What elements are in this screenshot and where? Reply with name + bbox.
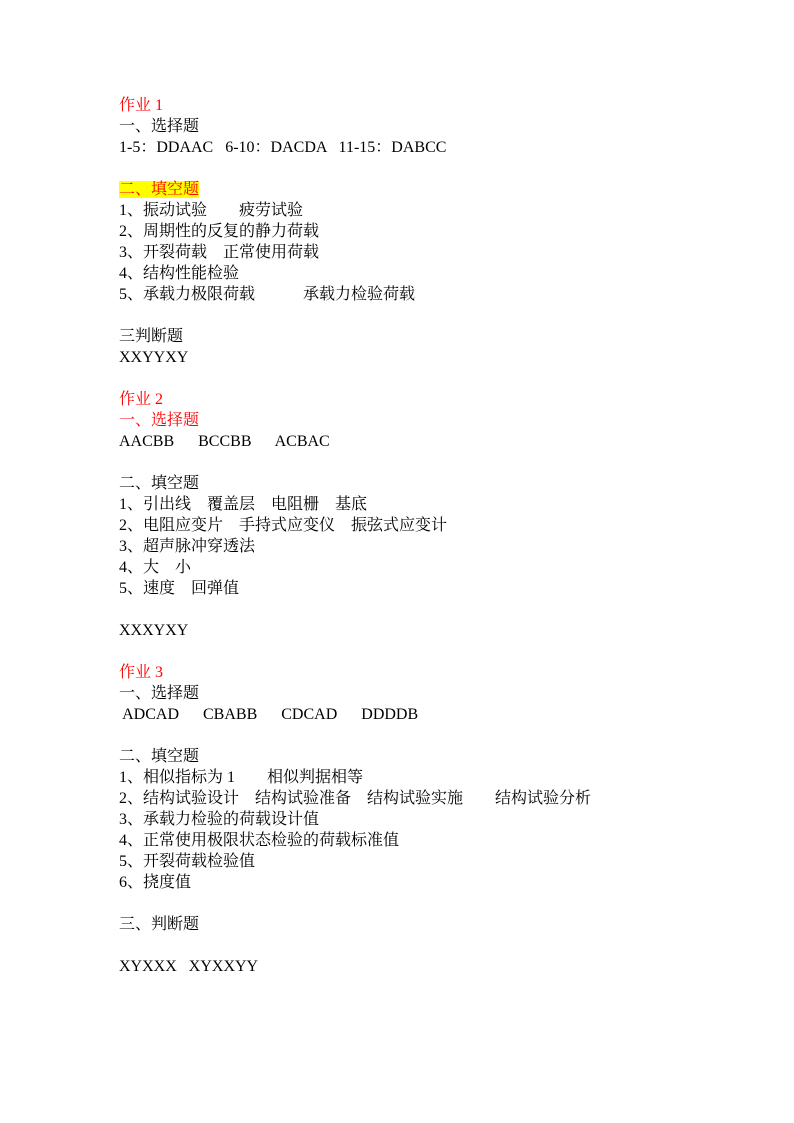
hw1-fill-answer-1: 1、振动试验 疲劳试验: [119, 200, 734, 221]
blank-line: [119, 452, 734, 473]
hw1-fill-heading-highlight: 二、填空题: [119, 181, 199, 198]
blank-line: [119, 641, 734, 662]
hw2-choice-heading: 一、选择题: [119, 410, 734, 431]
hw3-choice-heading: 一、选择题: [119, 683, 734, 704]
blank-line: [119, 305, 734, 326]
hw3-judge-answers: XYXXX XYXXYY: [119, 956, 734, 977]
blank-line: [119, 725, 734, 746]
hw1-fill-heading: 二、填空题: [119, 179, 734, 200]
hw1-choice-heading: 一、选择题: [119, 116, 734, 137]
hw3-fill-answer-5: 5、开裂荷载检验值: [119, 851, 734, 872]
hw2-title: 作业 2: [119, 389, 734, 410]
blank-line: [119, 893, 734, 914]
hw1-title: 作业 1: [119, 95, 734, 116]
hw2-fill-heading: 二、填空题: [119, 473, 734, 494]
hw2-fill-answer-4: 4、大 小: [119, 557, 734, 578]
hw3-fill-answer-4: 4、正常使用极限状态检验的荷载标准值: [119, 830, 734, 851]
blank-line: [119, 599, 734, 620]
hw3-fill-answer-6: 6、挠度值: [119, 872, 734, 893]
hw1-judge-heading: 三判断题: [119, 326, 734, 347]
blank-line: [119, 158, 734, 179]
document-page: 作业 1 一、选择题 1-5：DDAAC 6-10：DACDA 11-15：DA…: [0, 0, 794, 1123]
hw1-judge-answers: XXYYXY: [119, 347, 734, 368]
hw2-fill-answer-1: 1、引出线 覆盖层 电阻栅 基底: [119, 494, 734, 515]
hw2-choice-answers: AACBB BCCBB ACBAC: [119, 431, 734, 452]
hw2-fill-answer-3: 3、超声脉冲穿透法: [119, 536, 734, 557]
hw1-fill-answer-3: 3、开裂荷载 正常使用荷载: [119, 242, 734, 263]
hw3-title: 作业 3: [119, 662, 734, 683]
section-homework-3: 作业 3 一、选择题 ADCAD CBABB CDCAD DDDDB 二、填空题…: [119, 662, 734, 977]
hw3-fill-answer-1: 1、相似指标为 1 相似判据相等: [119, 767, 734, 788]
hw3-fill-answer-2: 2、结构试验设计 结构试验准备 结构试验实施 结构试验分析: [119, 788, 734, 809]
hw1-fill-answer-5: 5、承载力极限荷载 承载力检验荷载: [119, 284, 734, 305]
hw3-fill-heading: 二、填空题: [119, 746, 734, 767]
section-homework-2: 作业 2 一、选择题 AACBB BCCBB ACBAC 二、填空题 1、引出线…: [119, 389, 734, 662]
section-homework-1: 作业 1 一、选择题 1-5：DDAAC 6-10：DACDA 11-15：DA…: [119, 95, 734, 389]
blank-line: [119, 368, 734, 389]
hw1-fill-answer-2: 2、周期性的反复的静力荷载: [119, 221, 734, 242]
hw3-judge-heading: 三、判断题: [119, 914, 734, 935]
blank-line: [119, 935, 734, 956]
hw2-fill-answer-5: 5、速度 回弹值: [119, 578, 734, 599]
hw1-fill-answer-4: 4、结构性能检验: [119, 263, 734, 284]
hw2-judge-answers: XXXYXY: [119, 620, 734, 641]
hw2-fill-answer-2: 2、电阻应变片 手持式应变仪 振弦式应变计: [119, 515, 734, 536]
hw1-choice-answers: 1-5：DDAAC 6-10：DACDA 11-15：DABCC: [119, 137, 734, 158]
hw3-choice-answers: ADCAD CBABB CDCAD DDDDB: [119, 704, 734, 725]
hw3-fill-answer-3: 3、承载力检验的荷载设计值: [119, 809, 734, 830]
